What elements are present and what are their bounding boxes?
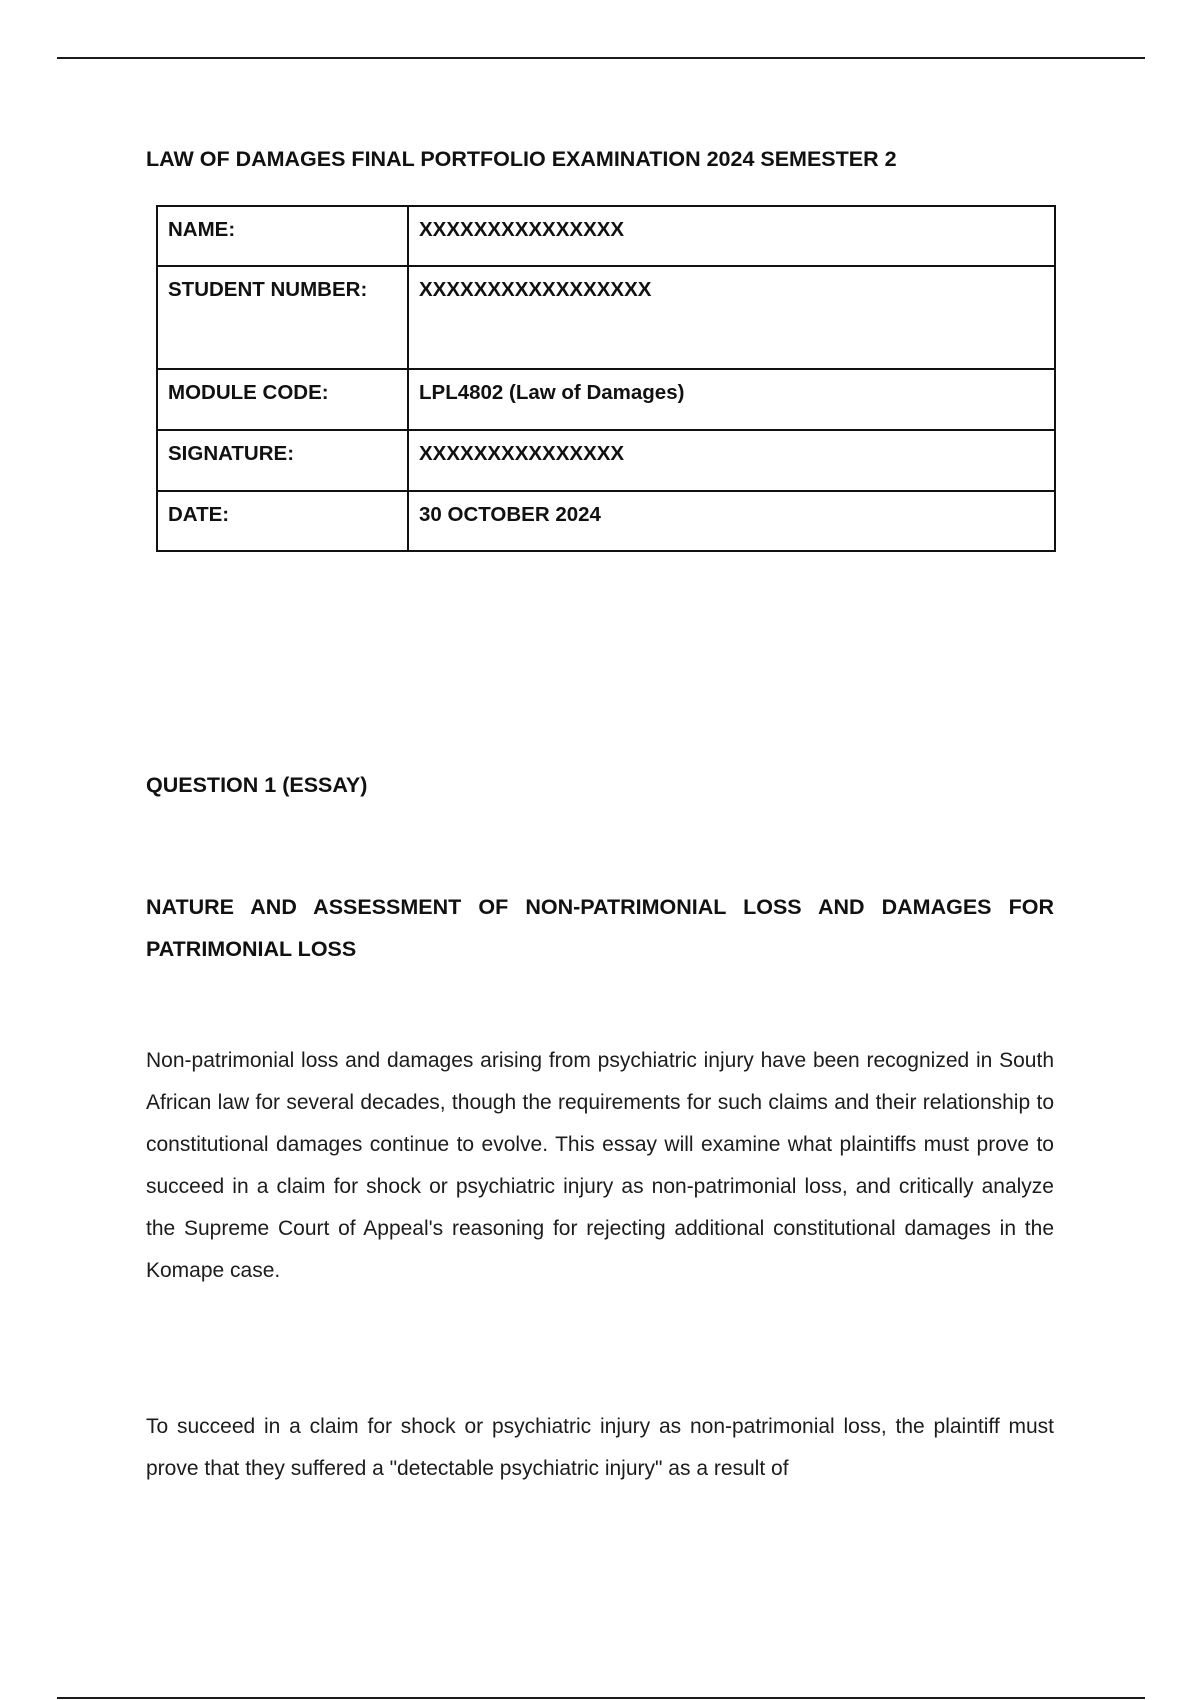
student-info-table: NAME: XXXXXXXXXXXXXXX STUDENT NUMBER: XX… [156,205,1056,552]
body-paragraph: Non-patrimonial loss and damages arising… [146,1040,1054,1292]
table-row: DATE: 30 OCTOBER 2024 [157,491,1055,551]
date-label-cell: DATE: [157,491,408,551]
module-code-value-cell: LPL4802 (Law of Damages) [408,369,1055,430]
name-label-cell: NAME: [157,206,408,266]
module-code-label: MODULE CODE: [168,372,368,414]
page-top-rule [57,57,1145,59]
name-label: NAME: [168,209,368,251]
date-value-cell: 30 OCTOBER 2024 [408,491,1055,551]
question-heading: QUESTION 1 (ESSAY) [146,773,367,798]
signature-label-cell: SIGNATURE: [157,430,408,491]
table-row: NAME: XXXXXXXXXXXXXXX [157,206,1055,266]
name-value-cell: XXXXXXXXXXXXXXX [408,206,1055,266]
date-label: DATE: [168,494,368,536]
name-value: XXXXXXXXXXXXXXX [419,218,624,241]
table-row: SIGNATURE: XXXXXXXXXXXXXXX [157,430,1055,491]
table-row: MODULE CODE: LPL4802 (Law of Damages) [157,369,1055,430]
essay-subheading: NATURE AND ASSESSMENT OF NON-PATRIMONIAL… [146,886,1054,970]
body-paragraph: To succeed in a claim for shock or psych… [146,1406,1054,1490]
student-number-label: STUDENT NUMBER: [168,269,368,311]
date-value: 30 OCTOBER 2024 [419,503,601,526]
student-number-value-cell: XXXXXXXXXXXXXXXXX [408,266,1055,369]
student-number-label-cell: STUDENT NUMBER: [157,266,408,369]
module-code-value: LPL4802 (Law of Damages) [419,381,684,404]
module-code-label-cell: MODULE CODE: [157,369,408,430]
page-bottom-rule [57,1697,1145,1699]
signature-label: SIGNATURE: [168,433,368,475]
document-title: LAW OF DAMAGES FINAL PORTFOLIO EXAMINATI… [146,147,897,172]
signature-value-cell: XXXXXXXXXXXXXXX [408,430,1055,491]
student-number-value: XXXXXXXXXXXXXXXXX [419,278,651,301]
signature-value: XXXXXXXXXXXXXXX [419,442,624,465]
table-row: STUDENT NUMBER: XXXXXXXXXXXXXXXXX [157,266,1055,369]
